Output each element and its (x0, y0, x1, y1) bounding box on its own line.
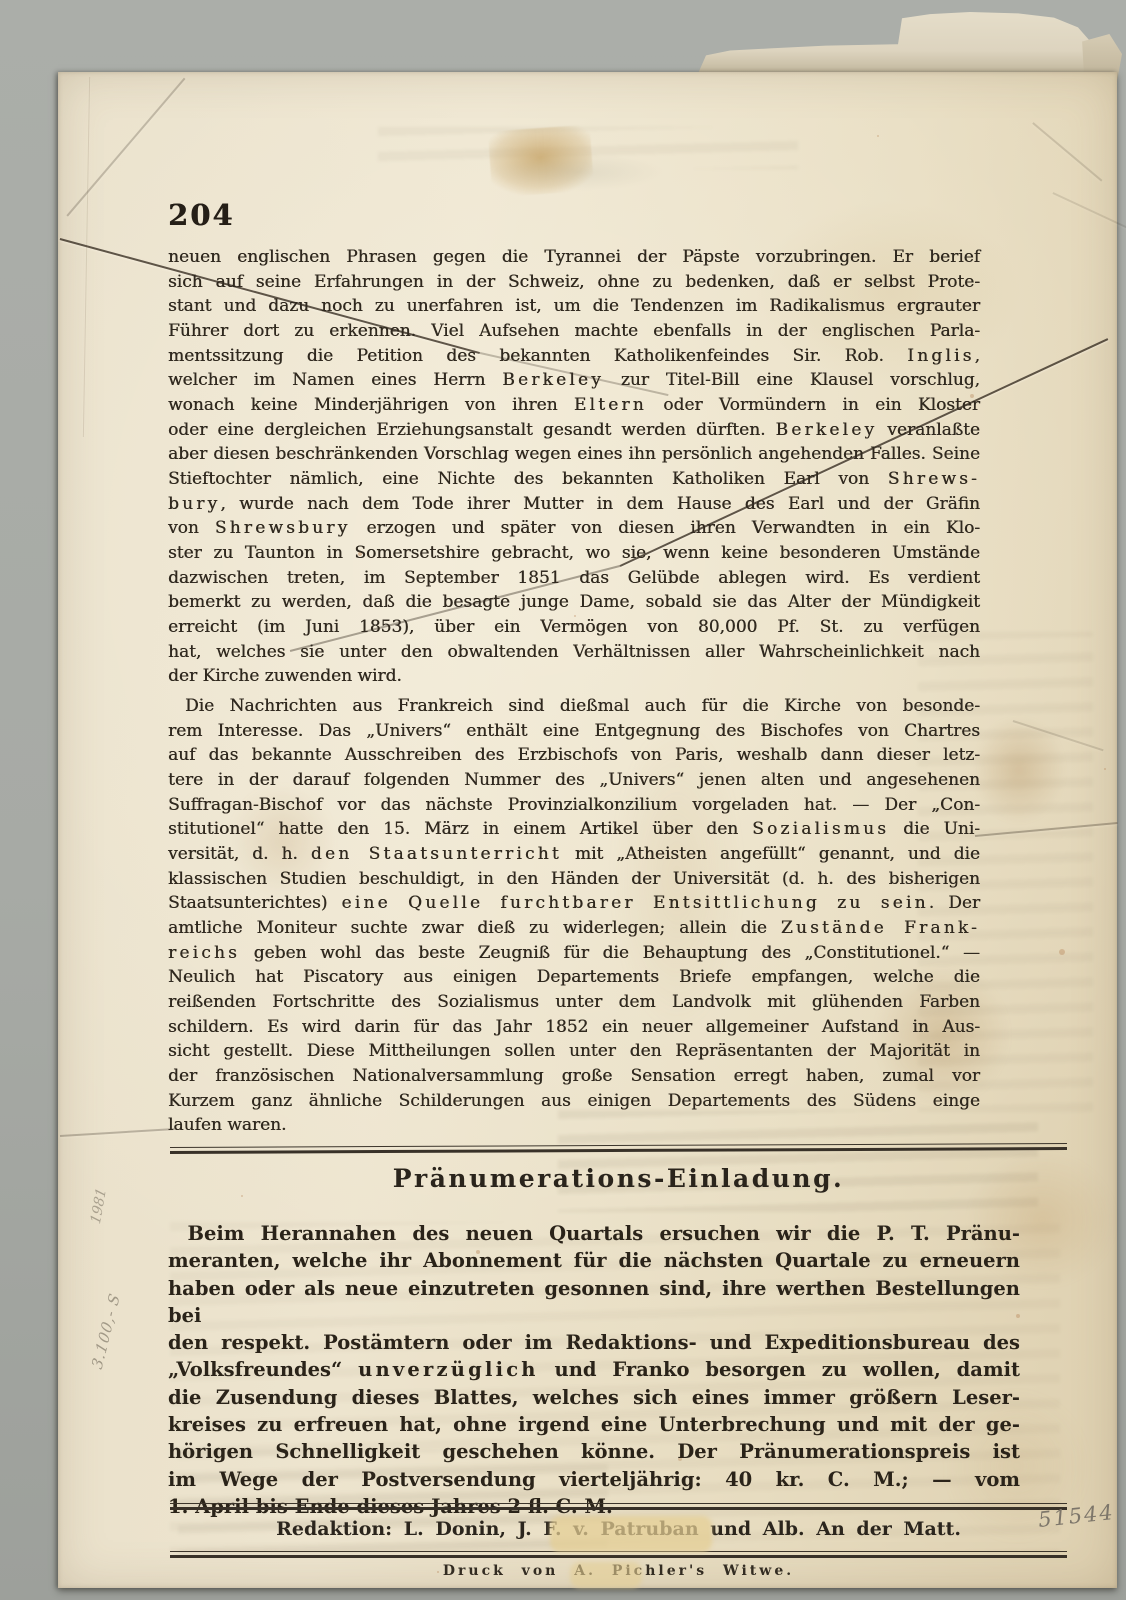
handwritten-margin-year: 1981 (82, 1150, 117, 1263)
section-divider-rule (170, 1143, 1067, 1154)
text-line: die Zusendung dieses Blattes, welches si… (168, 1384, 1020, 1411)
text-line: rem Interesse. Das „Univers“ enthält ein… (168, 719, 980, 744)
imprint-line: Druck von A. Pichler's Witwe. (170, 1563, 1067, 1579)
text-line: hörigen Schnelligkeit geschehen könne. D… (168, 1438, 1020, 1465)
text-line: klassischen Studien beschuldigt, in den … (168, 867, 980, 892)
text-line: „Volksfreundes“ unverzüglich und Franko … (168, 1356, 1020, 1383)
text-line: welcher im Namen eines Herrn Berkeley zu… (168, 368, 980, 393)
text-line: sich auf seine Erfahrungen in der Schwei… (168, 270, 980, 295)
wrinkle-line (1032, 122, 1102, 181)
text-line: den respekt. Postämtern oder im Redaktio… (168, 1329, 1020, 1356)
fold-line (83, 77, 90, 437)
footer-rule-bottom (170, 1551, 1067, 1558)
crease-line (975, 822, 1118, 837)
text-line: von Shrewsbury erzogen und später von di… (168, 516, 980, 541)
text-line: dazwischen treten, im September 1851 das… (168, 566, 980, 591)
text-line: tere in der darauf folgenden Nummer des … (168, 768, 980, 793)
text-line: laufen waren. (168, 1113, 980, 1138)
stain (458, 146, 698, 198)
text-line: Beim Herannahen des neuen Quartals ersuc… (168, 1220, 1020, 1247)
scanner-background: 204 neuen englischen Phrasen gegen die T… (0, 0, 1126, 1600)
page-number: 204 (168, 198, 235, 232)
handwritten-margin-price: 3.100,- S (81, 1260, 132, 1403)
text-line: mentssitzung die Petition des bekannten … (168, 344, 980, 369)
text-line: ster zu Taunton in Somersetshire gebrach… (168, 541, 980, 566)
section-heading: Pränumerations-Einladung. (170, 1164, 1067, 1193)
body-paragraph-1: neuen englischen Phrasen gegen die Tyran… (168, 245, 980, 689)
text-line: schildern. Es wird darin für das Jahr 18… (168, 1015, 980, 1040)
text-line: Kurzem ganz ähnliche Schilderungen aus e… (168, 1089, 980, 1114)
corner-fold-line (66, 78, 185, 217)
redaktion-line: Redaktion: L. Donin, J. F. v. Patruban u… (170, 1518, 1067, 1540)
text-line: Staatsunterichtes) eine Quelle furchtbar… (168, 891, 980, 916)
text-line: auf das bekannte Ausschreiben des Erzbis… (168, 743, 980, 768)
text-line: hat, welches sie unter den obwaltenden V… (168, 640, 980, 665)
text-line: Neulich hat Piscatory aus einigen Depart… (168, 965, 980, 990)
text-line: haben oder als neue einzutreten gesonnen… (168, 1275, 1020, 1330)
text-line: wonach keine Minderjährigen von ihren El… (168, 393, 980, 418)
body-paragraph-2: Die Nachrichten aus Frankreich sind dieß… (168, 694, 980, 1138)
text-line: Stieftochter nämlich, eine Nichte des be… (168, 467, 980, 492)
text-line: stitutionel“ hatte den 15. März in einem… (168, 817, 980, 842)
text-line: Suffragan-Bischof vor das nächste Provin… (168, 793, 980, 818)
tape-stain (488, 125, 594, 198)
text-line: oder eine dergleichen Erziehungsanstalt … (168, 418, 980, 443)
text-line: sicht gestellt. Diese Mittheilungen soll… (168, 1039, 980, 1064)
bleedthrough-ghost (378, 127, 798, 169)
text-line: reißenden Fortschritte des Sozialismus u… (168, 990, 980, 1015)
text-line: bury, wurde nach dem Tode ihrer Mutter i… (168, 492, 980, 517)
wrinkle-line (1013, 720, 1104, 751)
text-line: aber diesen beschränkenden Vorschlag weg… (168, 442, 980, 467)
text-line: kreises zu erfreuen hat, ohne irgend ein… (168, 1411, 1020, 1438)
text-line: amtliche Moniteur suchte zwar dieß zu wi… (168, 916, 980, 941)
text-line: Die Nachrichten aus Frankreich sind dieß… (168, 694, 980, 719)
wrinkle-line (1053, 192, 1126, 229)
document-page: 204 neuen englischen Phrasen gegen die T… (58, 72, 1117, 1588)
text-line: stant und dazu noch zu unerfahren ist, u… (168, 294, 980, 319)
text-line: im Wege der Postversendung vierteljährig… (168, 1466, 1020, 1493)
invitation-paragraph: Beim Herannahen des neuen Quartals ersuc… (168, 1220, 1020, 1520)
text-line: versität, d. h. den Staatsunterricht mit… (168, 842, 980, 867)
text-line: bemerkt zu werden, daß die besagte junge… (168, 590, 980, 615)
text-line: reichs geben wohl das beste Zeugniß für … (168, 941, 980, 966)
text-line: erreicht (im Juni 1853), über ein Vermög… (168, 615, 980, 640)
text-line: der Kirche zuwenden wird. (168, 664, 980, 689)
text-line: meranten, welche ihr Abonnement für die … (168, 1247, 1020, 1274)
text-line: der französischen Nationalversammlung gr… (168, 1064, 980, 1089)
text-line: neuen englischen Phrasen gegen die Tyran… (168, 245, 980, 270)
footer-rule-top (170, 1503, 1067, 1510)
crease-line (60, 1128, 175, 1137)
text-line: Führer dort zu erkennen. Viel Aufsehen m… (168, 319, 980, 344)
